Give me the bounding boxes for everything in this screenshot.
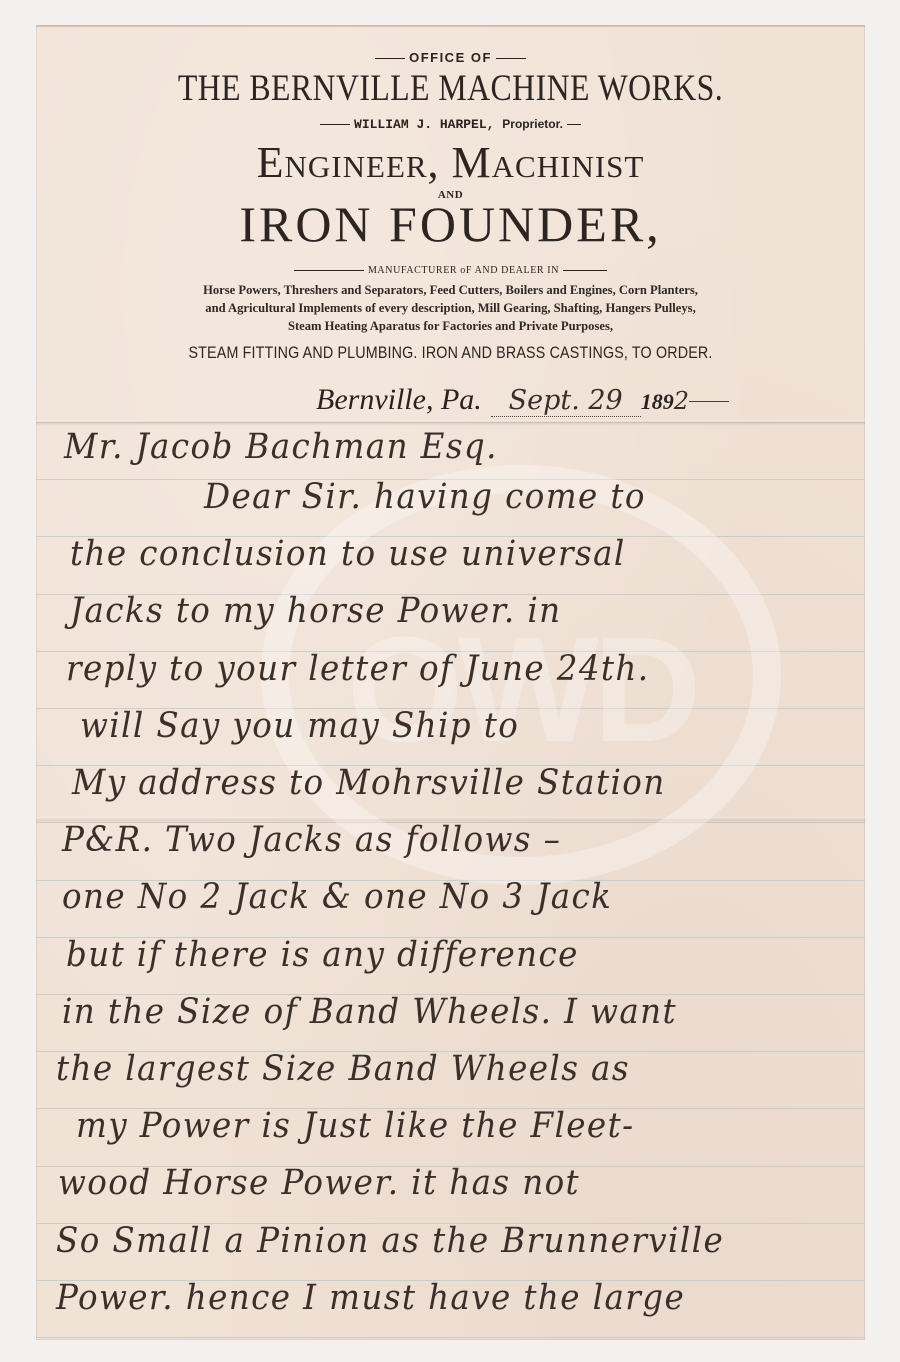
letter-line: Jacks to my horse Power. in bbox=[70, 591, 809, 631]
letter-line: reply to your letter of June 24th. bbox=[66, 649, 809, 689]
proprietor-name: WILLIAM J. HARPEL, bbox=[354, 117, 494, 132]
products-line: Horse Powers, Threshers and Separators, … bbox=[36, 281, 865, 299]
letter-line: Dear Sir. having come to bbox=[204, 477, 819, 517]
products-line: Steam Heating Aparatus for Factories and… bbox=[36, 317, 865, 335]
fold-crease bbox=[36, 420, 865, 426]
rule-dash bbox=[294, 270, 364, 271]
dateline-place: Bernville, Pa. bbox=[316, 383, 482, 416]
letter-line: will Say you may Ship to bbox=[80, 706, 810, 746]
letter-line: one No 2 Jack & one No 3 Jack bbox=[62, 877, 809, 917]
rule-dash bbox=[496, 58, 526, 59]
company-name: THE BERNVILLE MACHINE WORKS. bbox=[94, 67, 807, 110]
dateline-date: Sept. 29 bbox=[491, 385, 641, 417]
letter-line: P&R. Two Jacks as follows – bbox=[62, 820, 809, 860]
rule-dash bbox=[563, 270, 607, 271]
products-line: and Agricultural Implements of every des… bbox=[36, 299, 865, 317]
salutation-addressee: Mr. Jacob Bachman Esq. bbox=[64, 427, 809, 467]
ruled-line bbox=[36, 1337, 865, 1338]
rule-dash bbox=[320, 124, 350, 125]
letter-line: So Small a Pinion as the Brunnerville bbox=[56, 1221, 808, 1261]
letter-line: the conclusion to use universal bbox=[70, 534, 809, 574]
dateline-tail-rule bbox=[689, 401, 729, 402]
title-engineer-machinist: Engineer, Machinist bbox=[36, 137, 865, 188]
dateline: Bernville, Pa. Sept. 291892 bbox=[316, 383, 729, 417]
title-iron-founder: IRON FOUNDER, bbox=[36, 195, 865, 253]
proprietor-line: WILLIAM J. HARPEL, Proprietor. bbox=[36, 117, 865, 132]
letter-line: Power. hence I must have the large bbox=[56, 1278, 808, 1318]
letter-line: but if there is any difference bbox=[66, 935, 809, 975]
office-of-text: OFFICE OF bbox=[409, 50, 492, 65]
manufacturer-caption: MANUFACTURER oF AND DEALER IN bbox=[36, 265, 865, 276]
dateline-year-handwritten: 2 bbox=[674, 387, 689, 415]
letter-line: my Power is Just like the Fleet- bbox=[76, 1106, 810, 1146]
manufacturer-caption-text: MANUFACTURER oF AND DEALER IN bbox=[368, 265, 559, 276]
letterhead-office-of: OFFICE OF bbox=[36, 50, 865, 65]
letter-line: My address to Mohrsville Station bbox=[72, 763, 809, 803]
paper-top-edge bbox=[36, 25, 865, 27]
letter-line: in the Size of Band Wheels. I want bbox=[62, 992, 809, 1032]
letter-line: wood Horse Power. it has not bbox=[58, 1163, 809, 1203]
rule-dash bbox=[375, 58, 405, 59]
products-list: Horse Powers, Threshers and Separators, … bbox=[36, 281, 865, 335]
dateline-year-printed: 189 bbox=[641, 389, 674, 414]
rule-dash bbox=[567, 124, 581, 125]
proprietor-role: Proprietor. bbox=[502, 117, 563, 131]
letter-line: the largest Size Band Wheels as bbox=[56, 1049, 808, 1089]
letter-page: OWD OFFICE OF THE BERNVILLE MACHINE WORK… bbox=[36, 25, 865, 1340]
services-line: STEAM FITTING AND PLUMBING. IRON AND BRA… bbox=[102, 343, 798, 363]
